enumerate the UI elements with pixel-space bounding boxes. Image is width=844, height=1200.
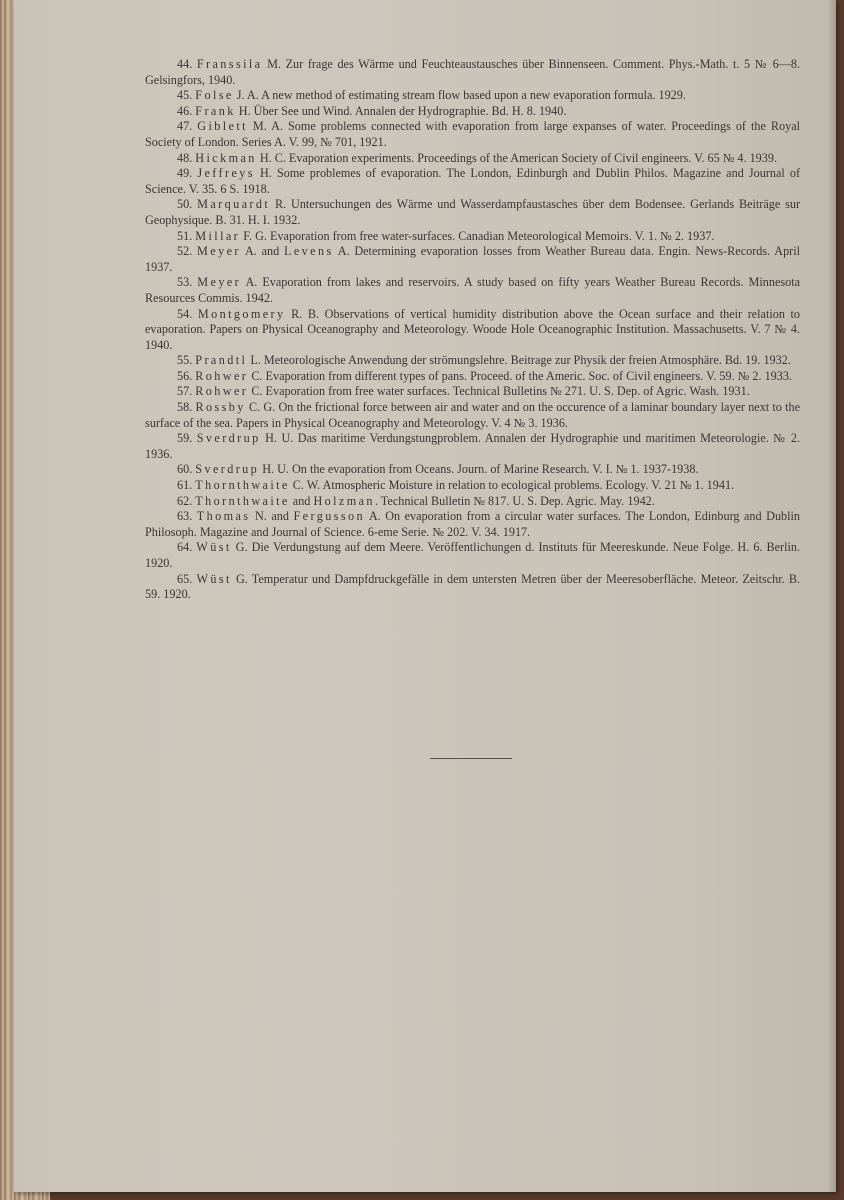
reference-text: J. A. A new method of estimating stream … xyxy=(234,88,686,102)
reference-number: 47. xyxy=(177,119,192,133)
reference-number: 44. xyxy=(177,57,192,71)
reference-item: 58. Rossby C. G. On the frictional force… xyxy=(145,400,800,431)
reference-number: 48. xyxy=(177,151,192,165)
reference-item: 44. Franssila M. Zur frage des Wärme und… xyxy=(145,57,800,88)
reference-list: 44. Franssila M. Zur frage des Wärme und… xyxy=(145,57,800,603)
reference-author: Giblett xyxy=(197,119,248,133)
reference-text: L. Meteorologische Anwendung der strömun… xyxy=(247,353,791,367)
reference-author: Thomas xyxy=(197,509,251,523)
reference-number: 65. xyxy=(177,572,192,586)
reference-item: 45. Folse J. A. A new method of estimati… xyxy=(145,88,800,104)
reference-text: C. Evaporation from free water surfaces.… xyxy=(248,384,749,398)
reference-item: 54. Montgomery R. B. Observations of ver… xyxy=(145,307,800,354)
reference-text: H. Über See und Wind. Annalen der Hydrog… xyxy=(236,104,567,118)
reference-author: Sverdrup xyxy=(197,431,261,445)
reference-author: Thornthwaite xyxy=(195,478,289,492)
reference-coauthor: Holzman xyxy=(313,494,374,508)
reference-item: 51. Millar F. G. Evaporation from free w… xyxy=(145,229,800,245)
reference-author: Millar xyxy=(195,229,240,243)
reference-item: 61. Thornthwaite C. W. Atmospheric Moist… xyxy=(145,478,800,494)
reference-number: 59. xyxy=(177,431,192,445)
reference-number: 50. xyxy=(177,197,192,211)
reference-number: 55. xyxy=(177,353,192,367)
reference-item: 49. Jeffreys H. Some problemes of evapor… xyxy=(145,166,800,197)
reference-text: C. Evaporation from different types of p… xyxy=(248,369,792,383)
reference-author: Wüst xyxy=(196,540,231,554)
reference-text: N. and xyxy=(250,509,293,523)
reference-number: 51. xyxy=(177,229,192,243)
reference-author: Rohwer xyxy=(195,369,248,383)
reference-coauthor: Fergusson xyxy=(293,509,365,523)
reference-item: 65. Wüst G. Temperatur und Dampfdruckgef… xyxy=(145,572,800,603)
reference-number: 60. xyxy=(177,462,192,476)
reference-author: Montgomery xyxy=(198,307,286,321)
reference-author: Hickman xyxy=(195,151,256,165)
reference-item: 59. Sverdrup H. U. Das maritime Verdungs… xyxy=(145,431,800,462)
reference-item: 55. Prandtl L. Meteorologische Anwendung… xyxy=(145,353,800,369)
reference-number: 46. xyxy=(177,104,192,118)
reference-text: and xyxy=(290,494,314,508)
reference-number: 57. xyxy=(177,384,192,398)
reference-author: Thornthwaite xyxy=(195,494,289,508)
reference-author: Rohwer xyxy=(195,384,248,398)
reference-number: 63. xyxy=(177,509,192,523)
reference-item: 53. Meyer A. Evaporation from lakes and … xyxy=(145,275,800,306)
reference-text: . Technical Bulletin № 817. U. S. Dep. A… xyxy=(375,494,655,508)
reference-author: Frank xyxy=(195,104,235,118)
reference-number: 61. xyxy=(177,478,192,492)
reference-number: 45. xyxy=(177,88,192,102)
reference-author: Rossby xyxy=(195,400,245,414)
reference-number: 54. xyxy=(177,307,192,321)
reference-number: 56. xyxy=(177,369,192,383)
reference-author: Franssila xyxy=(197,57,263,71)
book-page: 44. Franssila M. Zur frage des Wärme und… xyxy=(14,0,836,1192)
reference-item: 57. Rohwer C. Evaporation from free wate… xyxy=(145,384,800,400)
reference-text: F. G. Evaporation from free water-surfac… xyxy=(240,229,714,243)
reference-item: 46. Frank H. Über See und Wind. Annalen … xyxy=(145,104,800,120)
reference-number: 64. xyxy=(177,540,192,554)
reference-item: 56. Rohwer C. Evaporation from different… xyxy=(145,369,800,385)
reference-text: A. and xyxy=(241,244,284,258)
reference-text: H. U. On the evaporation from Oceans. Jo… xyxy=(259,462,698,476)
reference-item: 63. Thomas N. and Fergusson A. On evapor… xyxy=(145,509,800,540)
reference-text: A. Evaporation from lakes and reservoirs… xyxy=(145,275,800,305)
reference-author: Jeffreys xyxy=(197,166,255,180)
reference-author: Folse xyxy=(195,88,233,102)
reference-coauthor: Levens xyxy=(284,244,334,258)
reference-text: G. Temperatur und Dampfdruckgefälle in d… xyxy=(145,572,800,602)
reference-text: G. Die Verdungstung auf dem Meere. Veröf… xyxy=(145,540,800,570)
reference-item: 64. Wüst G. Die Verdungstung auf dem Mee… xyxy=(145,540,800,571)
reference-item: 48. Hickman H. C. Evaporation experiment… xyxy=(145,151,800,167)
reference-item: 52. Meyer A. and Levens A. Determining e… xyxy=(145,244,800,275)
reference-number: 58. xyxy=(177,400,192,414)
reference-author: Prandtl xyxy=(195,353,247,367)
reference-item: 47. Giblett M. A. Some problems connecte… xyxy=(145,119,800,150)
reference-item: 50. Marquardt R. Untersuchungen des Wärm… xyxy=(145,197,800,228)
reference-number: 49. xyxy=(177,166,192,180)
reference-text: C. W. Atmospheric Moisture in relation t… xyxy=(290,478,734,492)
reference-author: Marquardt xyxy=(197,197,270,211)
reference-text: H. C. Evaporation experiments. Proceedin… xyxy=(257,151,777,165)
reference-item: 62. Thornthwaite and Holzman. Technical … xyxy=(145,494,800,510)
reference-number: 52. xyxy=(177,244,192,258)
end-separator-rule xyxy=(430,758,512,759)
reference-item: 60. Sverdrup H. U. On the evaporation fr… xyxy=(145,462,800,478)
reference-number: 62. xyxy=(177,494,192,508)
reference-author: Sverdrup xyxy=(195,462,259,476)
reference-author: Wüst xyxy=(196,572,231,586)
reference-number: 53. xyxy=(177,275,192,289)
reference-author: Meyer xyxy=(197,244,241,258)
reference-author: Meyer xyxy=(197,275,241,289)
